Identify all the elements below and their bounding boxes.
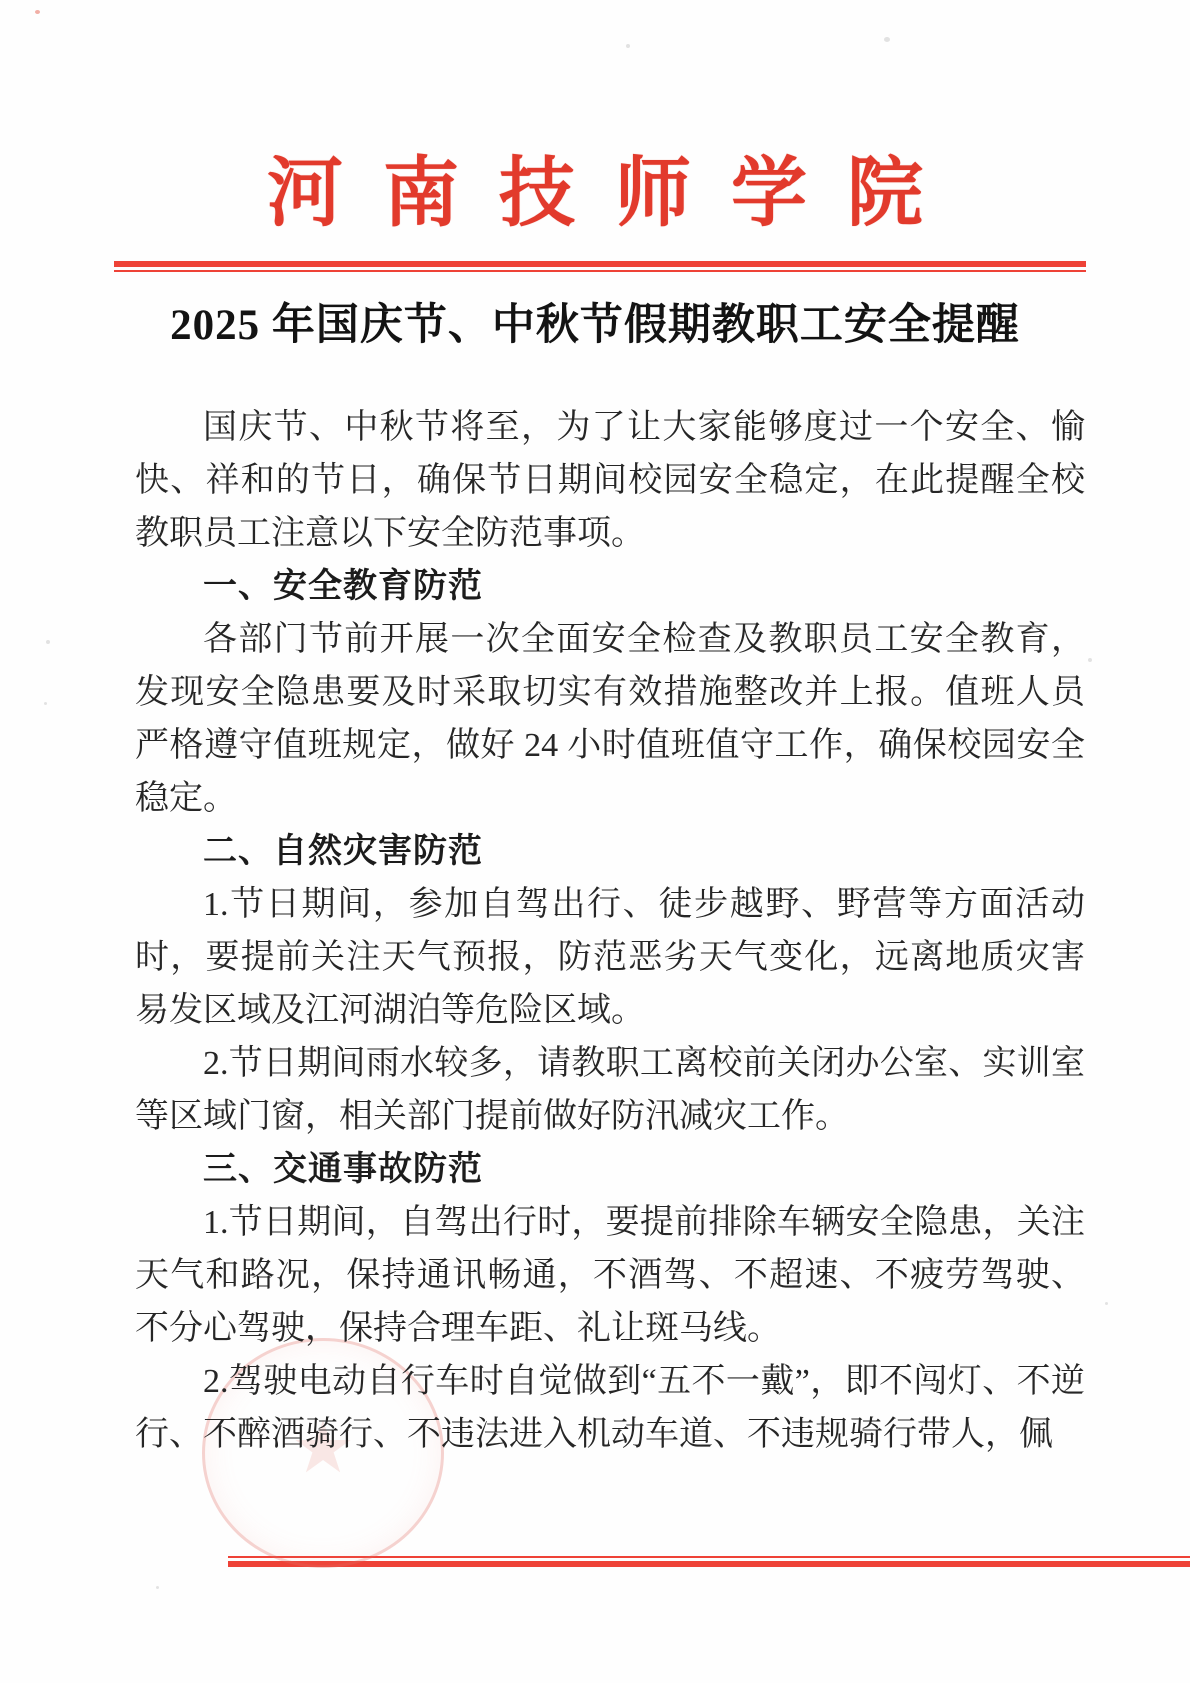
school-name: 河南技师学院	[227, 152, 963, 236]
header-double-rule	[114, 261, 1086, 272]
scan-speck	[626, 44, 630, 48]
paragraph-traffic-2: 2.驾驶电动自行车时自觉做到“五不一戴”，即不闯灯、不逆行、不醉酒骑行、不违法进…	[135, 1355, 1085, 1461]
paragraph-traffic-1: 1.节日期间，自驾出行时，要提前排除车辆安全隐患，关注天气和路况，保持通讯畅通，…	[135, 1196, 1085, 1355]
scan-speck	[35, 10, 40, 14]
section-heading-3: 三、交通事故防范	[135, 1143, 1085, 1196]
paragraph-natural-disaster-2: 2.节日期间雨水较多，请教职工离校前关闭办公室、实训室等区域门窗，相关部门提前做…	[135, 1037, 1085, 1143]
scan-speck	[156, 1586, 159, 1589]
scan-speck	[1088, 658, 1092, 662]
paragraph-natural-disaster-1: 1.节日期间，参加自驾出行、徒步越野、野营等方面活动时，要提前关注天气预报，防范…	[135, 878, 1085, 1037]
document-body: 国庆节、中秋节将至，为了让大家能够度过一个安全、愉快、祥和的节日，确保节日期间校…	[135, 401, 1085, 1461]
document-title: 2025 年国庆节、中秋节假期教职工安全提醒	[0, 300, 1190, 352]
letterhead: 河南技师学院	[0, 152, 1190, 236]
paragraph-safety-education: 各部门节前开展一次全面安全检查及教职员工安全教育，发现安全隐患要及时采取切实有效…	[135, 613, 1085, 825]
scan-speck	[44, 702, 47, 705]
scanned-notice-page: ★ 河南技师学院 2025 年国庆节、中秋节假期教职工安全提醒 国庆节、中秋节将…	[0, 0, 1190, 1683]
section-heading-1: 一、安全教育防范	[135, 560, 1085, 613]
scan-speck	[46, 640, 50, 644]
section-heading-2: 二、自然灾害防范	[135, 825, 1085, 878]
scan-speck	[1105, 1302, 1108, 1305]
paragraph-intro: 国庆节、中秋节将至，为了让大家能够度过一个安全、愉快、祥和的节日，确保节日期间校…	[135, 401, 1085, 560]
scan-speck	[884, 37, 890, 42]
